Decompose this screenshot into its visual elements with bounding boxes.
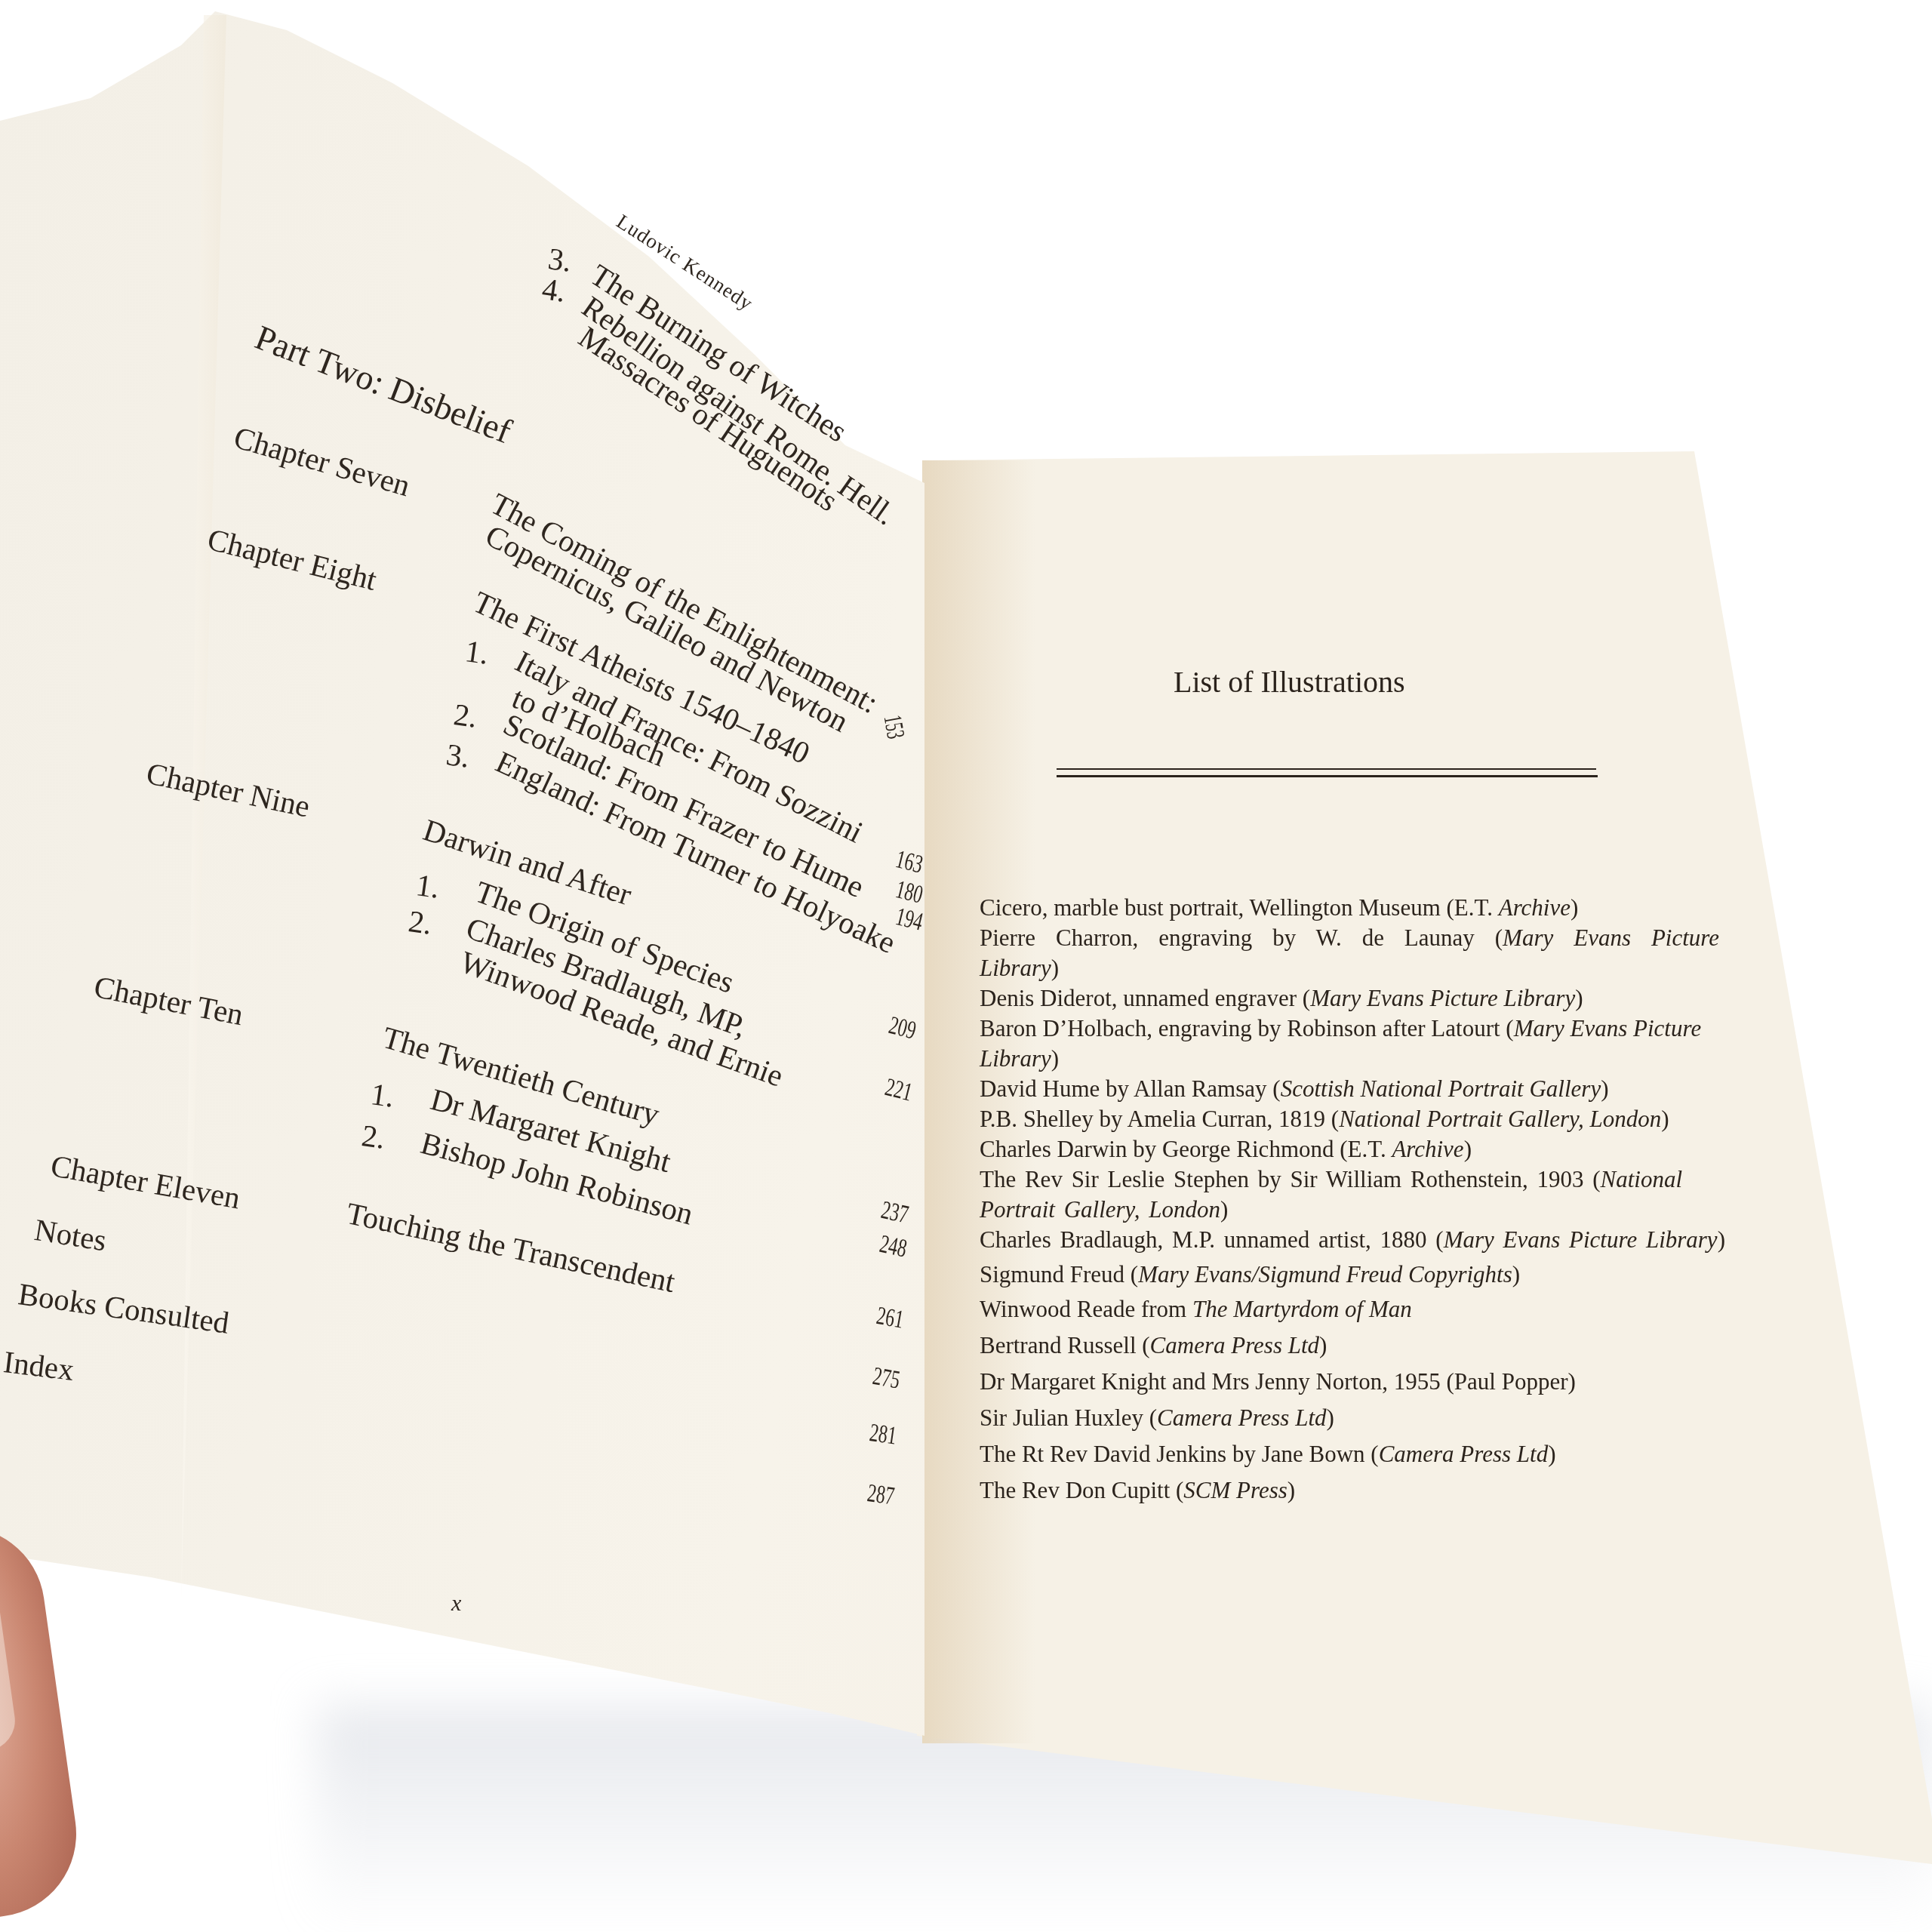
title-rule-thick	[1057, 775, 1598, 777]
toc-page-number: 275	[870, 1362, 902, 1395]
page-folio: x	[451, 1591, 461, 1617]
toc-page-number: 261	[874, 1302, 906, 1335]
toc-page-number: 287	[866, 1479, 897, 1512]
illustration-item: Denis Diderot, unnamed engraver (Mary Ev…	[980, 983, 1780, 1014]
illustration-item: Charles Bradlaugh, M.P. unnamed artist, …	[980, 1225, 1764, 1255]
illustration-item: Winwood Reade from The Martyrdom of Man	[980, 1294, 1780, 1324]
illustrations-list: Cicero, marble bust portrait, Wellington…	[980, 893, 1780, 1506]
illustration-item: Sir Julian Huxley (Camera Press Ltd)	[980, 1403, 1780, 1433]
illustration-item: Charles Darwin by George Richmond (E.T. …	[980, 1134, 1780, 1164]
illustration-item: David Hume by Allan Ramsay (Scottish Nat…	[980, 1074, 1780, 1104]
photo-scene: List of Illustrations Cicero, marble bus…	[0, 0, 1932, 1932]
illustration-item: P.B. Shelley by Amelia Curran, 1819 (Nat…	[980, 1104, 1780, 1134]
title-rule-thin	[1057, 768, 1596, 770]
toc-page-number: 153	[878, 713, 910, 741]
illustration-item: Bertrand Russell (Camera Press Ltd)	[980, 1331, 1780, 1361]
illustration-item: Pierre Charron, engraving by W. de Launa…	[980, 923, 1719, 983]
illustration-item: Sigmund Freud (Mary Evans/Sigmund Freud …	[980, 1260, 1780, 1290]
illustration-item: Baron D’Holbach, engraving by Robinson a…	[980, 1014, 1727, 1074]
illustration-item: Cicero, marble bust portrait, Wellington…	[980, 893, 1780, 923]
illustration-item: Dr Margaret Knight and Mrs Jenny Norton,…	[980, 1367, 1780, 1397]
illustration-item: The Rev Sir Leslie Stephen by Sir Willia…	[980, 1164, 1757, 1225]
toc-page-number: 281	[868, 1419, 899, 1451]
illustration-item: The Rev Don Cupitt (SCM Press)	[980, 1475, 1780, 1506]
illustration-item: The Rt Rev David Jenkins by Jane Bown (C…	[980, 1439, 1780, 1469]
illustrations-title: List of Illustrations	[1174, 664, 1405, 700]
